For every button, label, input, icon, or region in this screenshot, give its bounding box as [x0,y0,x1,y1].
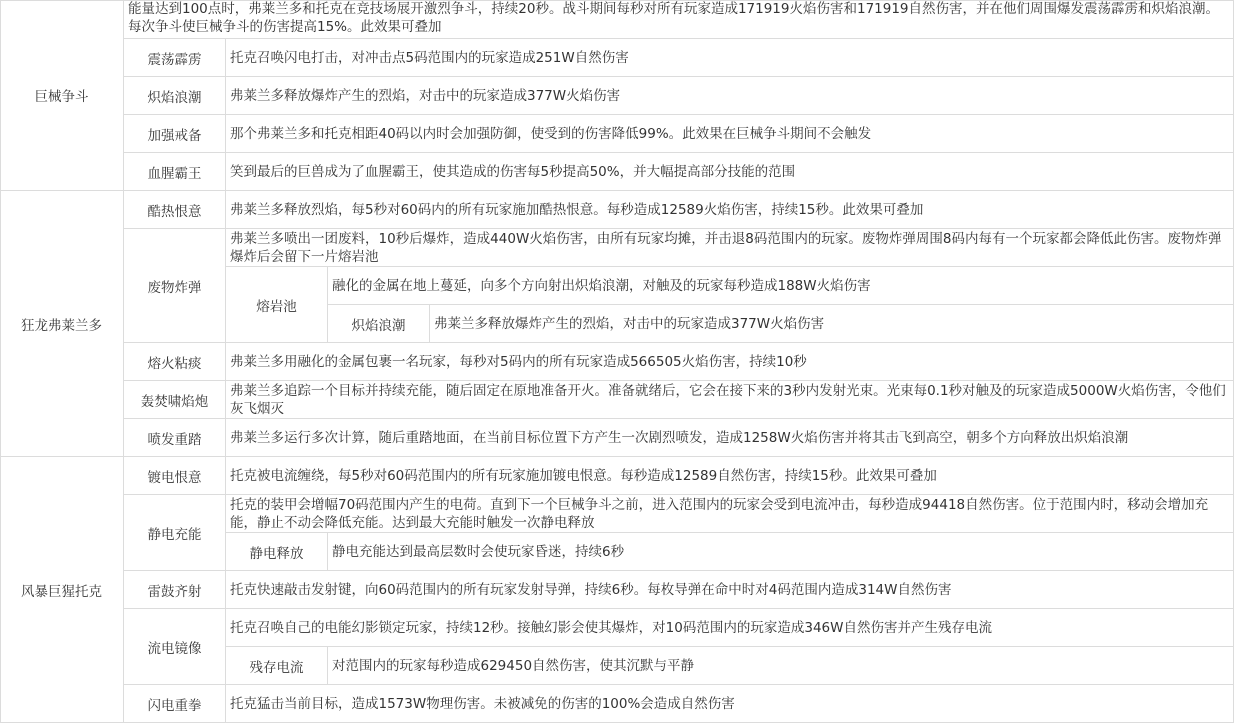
skill-desc-cell: 弗莱兰多喷出一团废料，10秒后爆炸，造成440W火焰伤害，由所有玩家均摊，并击退… [226,229,1234,267]
group-intro: 能量达到100点时，弗莱兰多和托克在竞技场展开激烈争斗，持续20秒。战斗期间每秒… [128,0,1229,36]
skill-desc-cell: 弗莱兰多追踪一个目标并持续充能，随后固定在原地准备开火。准备就绪后，它会在接下来… [226,381,1234,419]
skill-desc: 弗莱兰多追踪一个目标并持续充能，随后固定在原地准备开火。准备就绪后，它会在接下来… [230,382,1229,418]
skill-name-cell: 炽焰浪潮 [124,77,226,115]
skill-name: 酷热恨意 [148,200,202,220]
subsubskill-name: 炽焰浪潮 [352,314,406,334]
subskill-desc: 融化的金属在地上蔓延，向多个方向射出炽焰浪潮，对触及的玩家每秒造成188W火焰伤… [332,277,871,295]
skill-name-cell: 静电充能 [124,495,226,571]
skill-name-cell: 加强戒备 [124,115,226,153]
skill-desc-cell: 托克快速敲击发射键，向60码范围内的所有玩家发射导弹，持续6秒。每枚导弹在命中时… [226,571,1234,609]
skill-name-cell: 喷发重踏 [124,419,226,457]
skill-desc-cell: 托克被电流缠绕，每5秒对60码范围内的所有玩家施加镀电恨意。每秒造成12589自… [226,457,1234,495]
skill-desc-cell: 托克召唤闪电打击，对冲击点5码范围内的玩家造成251W自然伤害 [226,39,1234,77]
skill-desc: 托克召唤闪电打击，对冲击点5码范围内的玩家造成251W自然伤害 [230,49,629,67]
skill-name-cell: 镀电恨意 [124,457,226,495]
skill-desc-cell: 托克的装甲会增幅70码范围内产生的电荷。直到下一个巨械争斗之前，进入范围内的玩家… [226,495,1234,533]
skill-desc: 托克快速敲击发射键，向60码范围内的所有玩家发射导弹，持续6秒。每枚导弹在命中时… [230,581,951,599]
group-name: 狂龙弗莱兰多 [21,314,102,334]
subskill-name: 残存电流 [250,656,304,676]
skill-name: 轰焚啸焰炮 [141,390,209,410]
skill-name: 震荡霹雳 [148,48,202,68]
subskill-name-cell: 静电释放 [226,533,328,571]
skill-desc: 那个弗莱兰多和托克相距40码以内时会加强防御，使受到的伤害降低99%。此效果在巨… [230,125,871,143]
skill-desc: 托克被电流缠绕，每5秒对60码范围内的所有玩家施加镀电恨意。每秒造成12589自… [230,467,937,485]
skill-name: 血腥霸王 [148,162,202,182]
group-name: 风暴巨猩托克 [21,580,102,600]
skill-name-cell: 震荡霹雳 [124,39,226,77]
subskill-name-cell: 熔岩池 [226,267,328,343]
skill-desc-cell: 弗莱兰多释放爆炸产生的烈焰，对击中的玩家造成377W火焰伤害 [226,77,1234,115]
subsubskill-desc: 弗莱兰多释放爆炸产生的烈焰，对击中的玩家造成377W火焰伤害 [434,315,824,333]
skill-name: 流电镜像 [148,637,202,657]
subskill-desc-cell: 融化的金属在地上蔓延，向多个方向射出炽焰浪潮，对触及的玩家每秒造成188W火焰伤… [328,267,1234,305]
skill-desc: 弗莱兰多释放爆炸产生的烈焰，对击中的玩家造成377W火焰伤害 [230,87,620,105]
subskill-desc: 对范围内的玩家每秒造成629450自然伤害，使其沉默与平静 [332,657,694,675]
skill-desc-cell: 那个弗莱兰多和托克相距40码以内时会加强防御，使受到的伤害降低99%。此效果在巨… [226,115,1234,153]
skill-desc-cell: 弗莱兰多释放烈焰，每5秒对60码内的所有玩家施加酷热恨意。每秒造成12589火焰… [226,191,1234,229]
skill-desc-cell: 托克猛击当前目标，造成1573W物理伤害。未被减免的伤害的100%会造成自然伤害 [226,685,1234,723]
subskill-name: 静电释放 [250,542,304,562]
group-name: 巨械争斗 [35,85,89,105]
skill-name: 雷鼓齐射 [148,580,202,600]
skill-name-cell: 闪电重拳 [124,685,226,723]
skill-desc-cell: 托克召唤自己的电能幻影锁定玩家，持续12秒。接触幻影会使其爆炸，对10码范围内的… [226,609,1234,647]
subsubskill-desc-cell: 弗莱兰多释放爆炸产生的烈焰，对击中的玩家造成377W火焰伤害 [430,305,1234,343]
subskill-desc-cell: 静电充能达到最高层数时会使玩家昏迷，持续6秒 [328,533,1234,571]
skill-name-cell: 血腥霸王 [124,153,226,191]
skill-desc-cell: 弗莱兰多运行多次计算，随后重踏地面，在当前目标位置下方产生一次剧烈喷发，造成12… [226,419,1234,457]
skill-name: 闪电重拳 [148,694,202,714]
skill-name-cell: 流电镜像 [124,609,226,685]
skill-name-cell: 雷鼓齐射 [124,571,226,609]
skill-desc: 弗莱兰多释放烈焰，每5秒对60码内的所有玩家施加酷热恨意。每秒造成12589火焰… [230,201,923,219]
skill-name-cell: 废物炸弹 [124,229,226,343]
skill-desc: 笑到最后的巨兽成为了血腥霸王，使其造成的伤害每5秒提高50%，并大幅提高部分技能… [230,163,795,181]
skill-name: 加强戒备 [148,124,202,144]
skill-name: 炽焰浪潮 [148,86,202,106]
skill-name: 熔火粘痰 [148,352,202,372]
subsubskill-name-cell: 炽焰浪潮 [328,305,430,343]
group-name-cell: 狂龙弗莱兰多 [0,191,124,457]
group-intro-cell: 能量达到100点时，弗莱兰多和托克在竞技场展开激烈争斗，持续20秒。战斗期间每秒… [124,0,1234,39]
skill-desc: 托克猛击当前目标，造成1573W物理伤害。未被减免的伤害的100%会造成自然伤害 [230,695,735,713]
skill-desc: 弗莱兰多运行多次计算，随后重踏地面，在当前目标位置下方产生一次剧烈喷发，造成12… [230,429,1128,447]
skill-name-cell: 熔火粘痰 [124,343,226,381]
group-name-cell: 巨械争斗 [0,0,124,191]
subskill-name: 熔岩池 [256,295,297,315]
skill-desc: 弗莱兰多喷出一团废料，10秒后爆炸，造成440W火焰伤害，由所有玩家均摊，并击退… [230,230,1229,266]
skill-name: 镀电恨意 [148,466,202,486]
skill-name: 喷发重踏 [148,428,202,448]
subskill-desc-cell: 对范围内的玩家每秒造成629450自然伤害，使其沉默与平静 [328,647,1234,685]
skill-desc-cell: 笑到最后的巨兽成为了血腥霸王，使其造成的伤害每5秒提高50%，并大幅提高部分技能… [226,153,1234,191]
skill-desc: 托克的装甲会增幅70码范围内产生的电荷。直到下一个巨械争斗之前，进入范围内的玩家… [230,496,1229,532]
skill-desc-cell: 弗莱兰多用融化的金属包裹一名玩家，每秒对5码内的所有玩家造成566505火焰伤害… [226,343,1234,381]
skill-desc: 托克召唤自己的电能幻影锁定玩家，持续12秒。接触幻影会使其爆炸，对10码范围内的… [230,619,992,637]
skill-name-cell: 酷热恨意 [124,191,226,229]
skill-desc: 弗莱兰多用融化的金属包裹一名玩家，每秒对5码内的所有玩家造成566505火焰伤害… [230,353,807,371]
skill-name: 废物炸弹 [148,276,202,296]
group-name-cell: 风暴巨猩托克 [0,457,124,723]
subskill-name-cell: 残存电流 [226,647,328,685]
skill-name-cell: 轰焚啸焰炮 [124,381,226,419]
skill-name: 静电充能 [148,523,202,543]
subskill-desc: 静电充能达到最高层数时会使玩家昏迷，持续6秒 [332,543,624,561]
